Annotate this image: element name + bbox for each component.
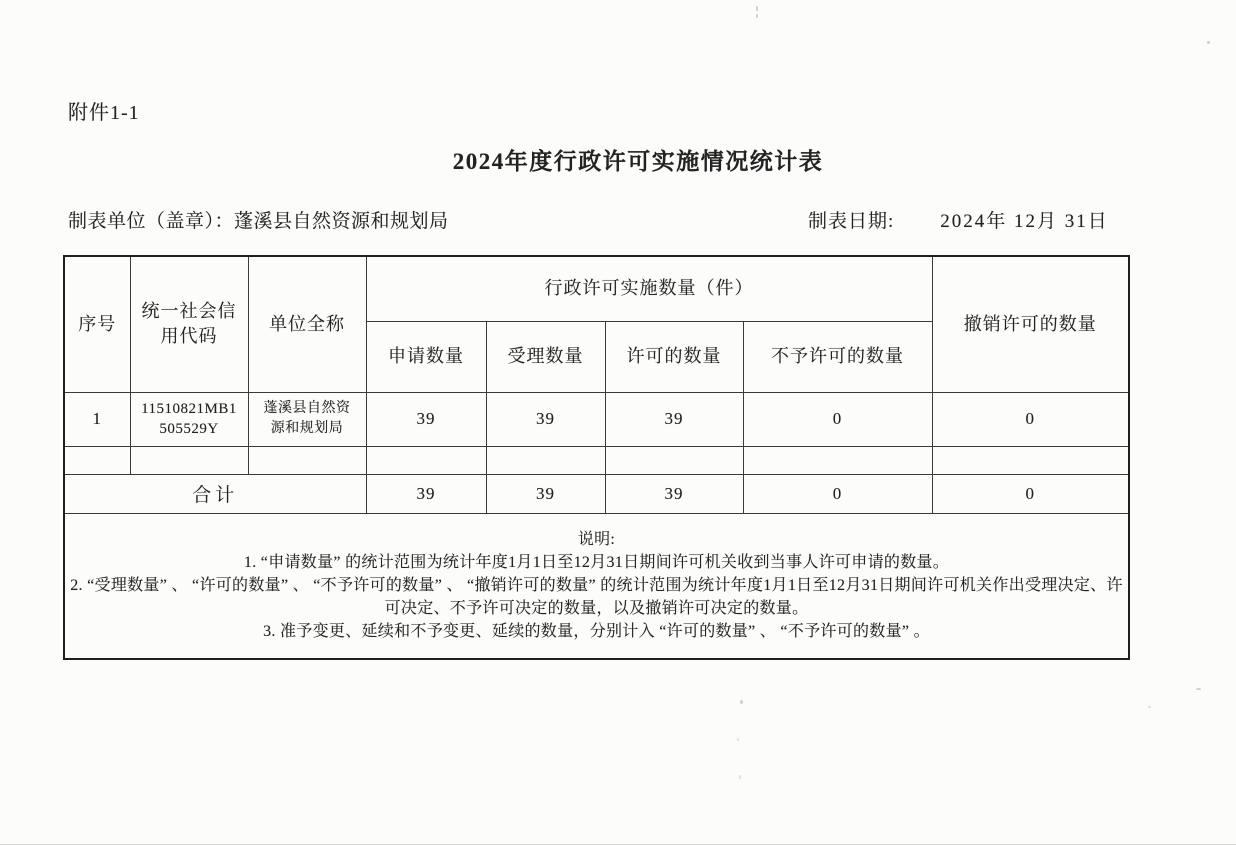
scan-noise-speck (1196, 688, 1201, 690)
prepared-by-line: 制表单位（盖章）：蓬溪县自然资源和规划局 (68, 206, 449, 233)
table-row-empty (64, 446, 1129, 474)
prepared-by-label: 制表单位（盖章）： (68, 211, 234, 232)
scan-noise-speck (756, 6, 758, 11)
note-item-2: 2. “受理数量” 、 “许可的数量” 、 “不予许可的数量” 、 “撤销许可的… (67, 574, 1126, 620)
scan-noise-speck (1207, 41, 1210, 44)
prepared-by-value: 蓬溪县自然资源和规划局 (234, 211, 449, 232)
scan-noise-speck (739, 775, 741, 779)
statistics-table: 序号 统一社会信用代码 单位全称 行政许可实施数量（件） 撤销许可的数量 申请数… (63, 255, 1130, 660)
column-header-denied: 不予许可的数量 (743, 321, 932, 392)
note-item-1: 1. “申请数量” 的统计范围为统计年度1月1日至12月31日期间许可机关收到当… (67, 551, 1126, 574)
credit-code-text: 11510821MB1505529Y (141, 399, 237, 439)
total-granted: 39 (605, 474, 743, 513)
scan-noise-speck (737, 738, 739, 741)
cell-revoked (932, 446, 1129, 474)
total-denied: 0 (743, 474, 932, 513)
total-revoked: 0 (932, 474, 1129, 513)
report-date-label: 制表日期: (808, 211, 894, 232)
cell-revoked: 0 (932, 392, 1129, 446)
table-header-row-1: 序号 统一社会信用代码 单位全称 行政许可实施数量（件） 撤销许可的数量 (64, 256, 1129, 321)
cell-accepted (486, 446, 605, 474)
report-date-line: 制表日期:2024年 12月 31日 (808, 206, 1109, 233)
cell-credit-code (130, 446, 248, 474)
total-accepted: 39 (486, 474, 605, 513)
notes-cell: 说明: 1. “申请数量” 的统计范围为统计年度1月1日至12月31日期间许可机… (64, 513, 1129, 659)
column-header-credit-code: 统一社会信用代码 (130, 256, 248, 392)
table-total-row: 合计 39 39 39 0 0 (64, 474, 1129, 513)
report-date-value: 2024年 12月 31日 (940, 211, 1109, 232)
column-header-unit-name: 单位全称 (248, 256, 366, 392)
cell-seq: 1 (64, 392, 130, 446)
column-header-seq: 序号 (64, 256, 130, 392)
cell-seq (64, 446, 130, 474)
scan-noise-speck (756, 14, 758, 18)
column-header-group-implementation: 行政许可实施数量（件） (366, 256, 932, 321)
total-applied: 39 (366, 474, 486, 513)
note-item-3: 3. 准予变更、延续和不予变更、延续的数量，分别计入 “许可的数量” 、 “不予… (67, 620, 1126, 643)
cell-credit-code: 11510821MB1505529Y (130, 392, 248, 446)
cell-granted (605, 446, 743, 474)
column-header-granted: 许可的数量 (605, 321, 743, 392)
scan-noise-speck (1148, 706, 1151, 708)
cell-unit-name (248, 446, 366, 474)
unit-name-text: 蓬溪县自然资源和规划局 (263, 399, 351, 439)
cell-applied: 39 (366, 392, 486, 446)
column-header-accepted: 受理数量 (486, 321, 605, 392)
cell-denied: 0 (743, 392, 932, 446)
table-row: 1 11510821MB1505529Y 蓬溪县自然资源和规划局 39 39 3… (64, 392, 1129, 446)
cell-granted: 39 (605, 392, 743, 446)
cell-applied (366, 446, 486, 474)
attachment-label: 附件1-1 (68, 96, 140, 125)
cell-unit-name: 蓬溪县自然资源和规划局 (248, 392, 366, 446)
column-header-revoked: 撤销许可的数量 (932, 256, 1129, 392)
scan-noise-speck (740, 700, 743, 704)
total-label: 合计 (64, 474, 366, 513)
cell-accepted: 39 (486, 392, 605, 446)
notes-heading: 说明: (67, 528, 1126, 551)
page-title: 2024年度行政许可实施情况统计表 (20, 143, 1236, 176)
table-notes-row: 说明: 1. “申请数量” 的统计范围为统计年度1月1日至12月31日期间许可机… (64, 513, 1129, 659)
column-header-applied: 申请数量 (366, 321, 486, 392)
cell-denied (743, 446, 932, 474)
scanned-document-page: 附件1-1 2024年度行政许可实施情况统计表 制表单位（盖章）：蓬溪县自然资源… (0, 0, 1236, 845)
